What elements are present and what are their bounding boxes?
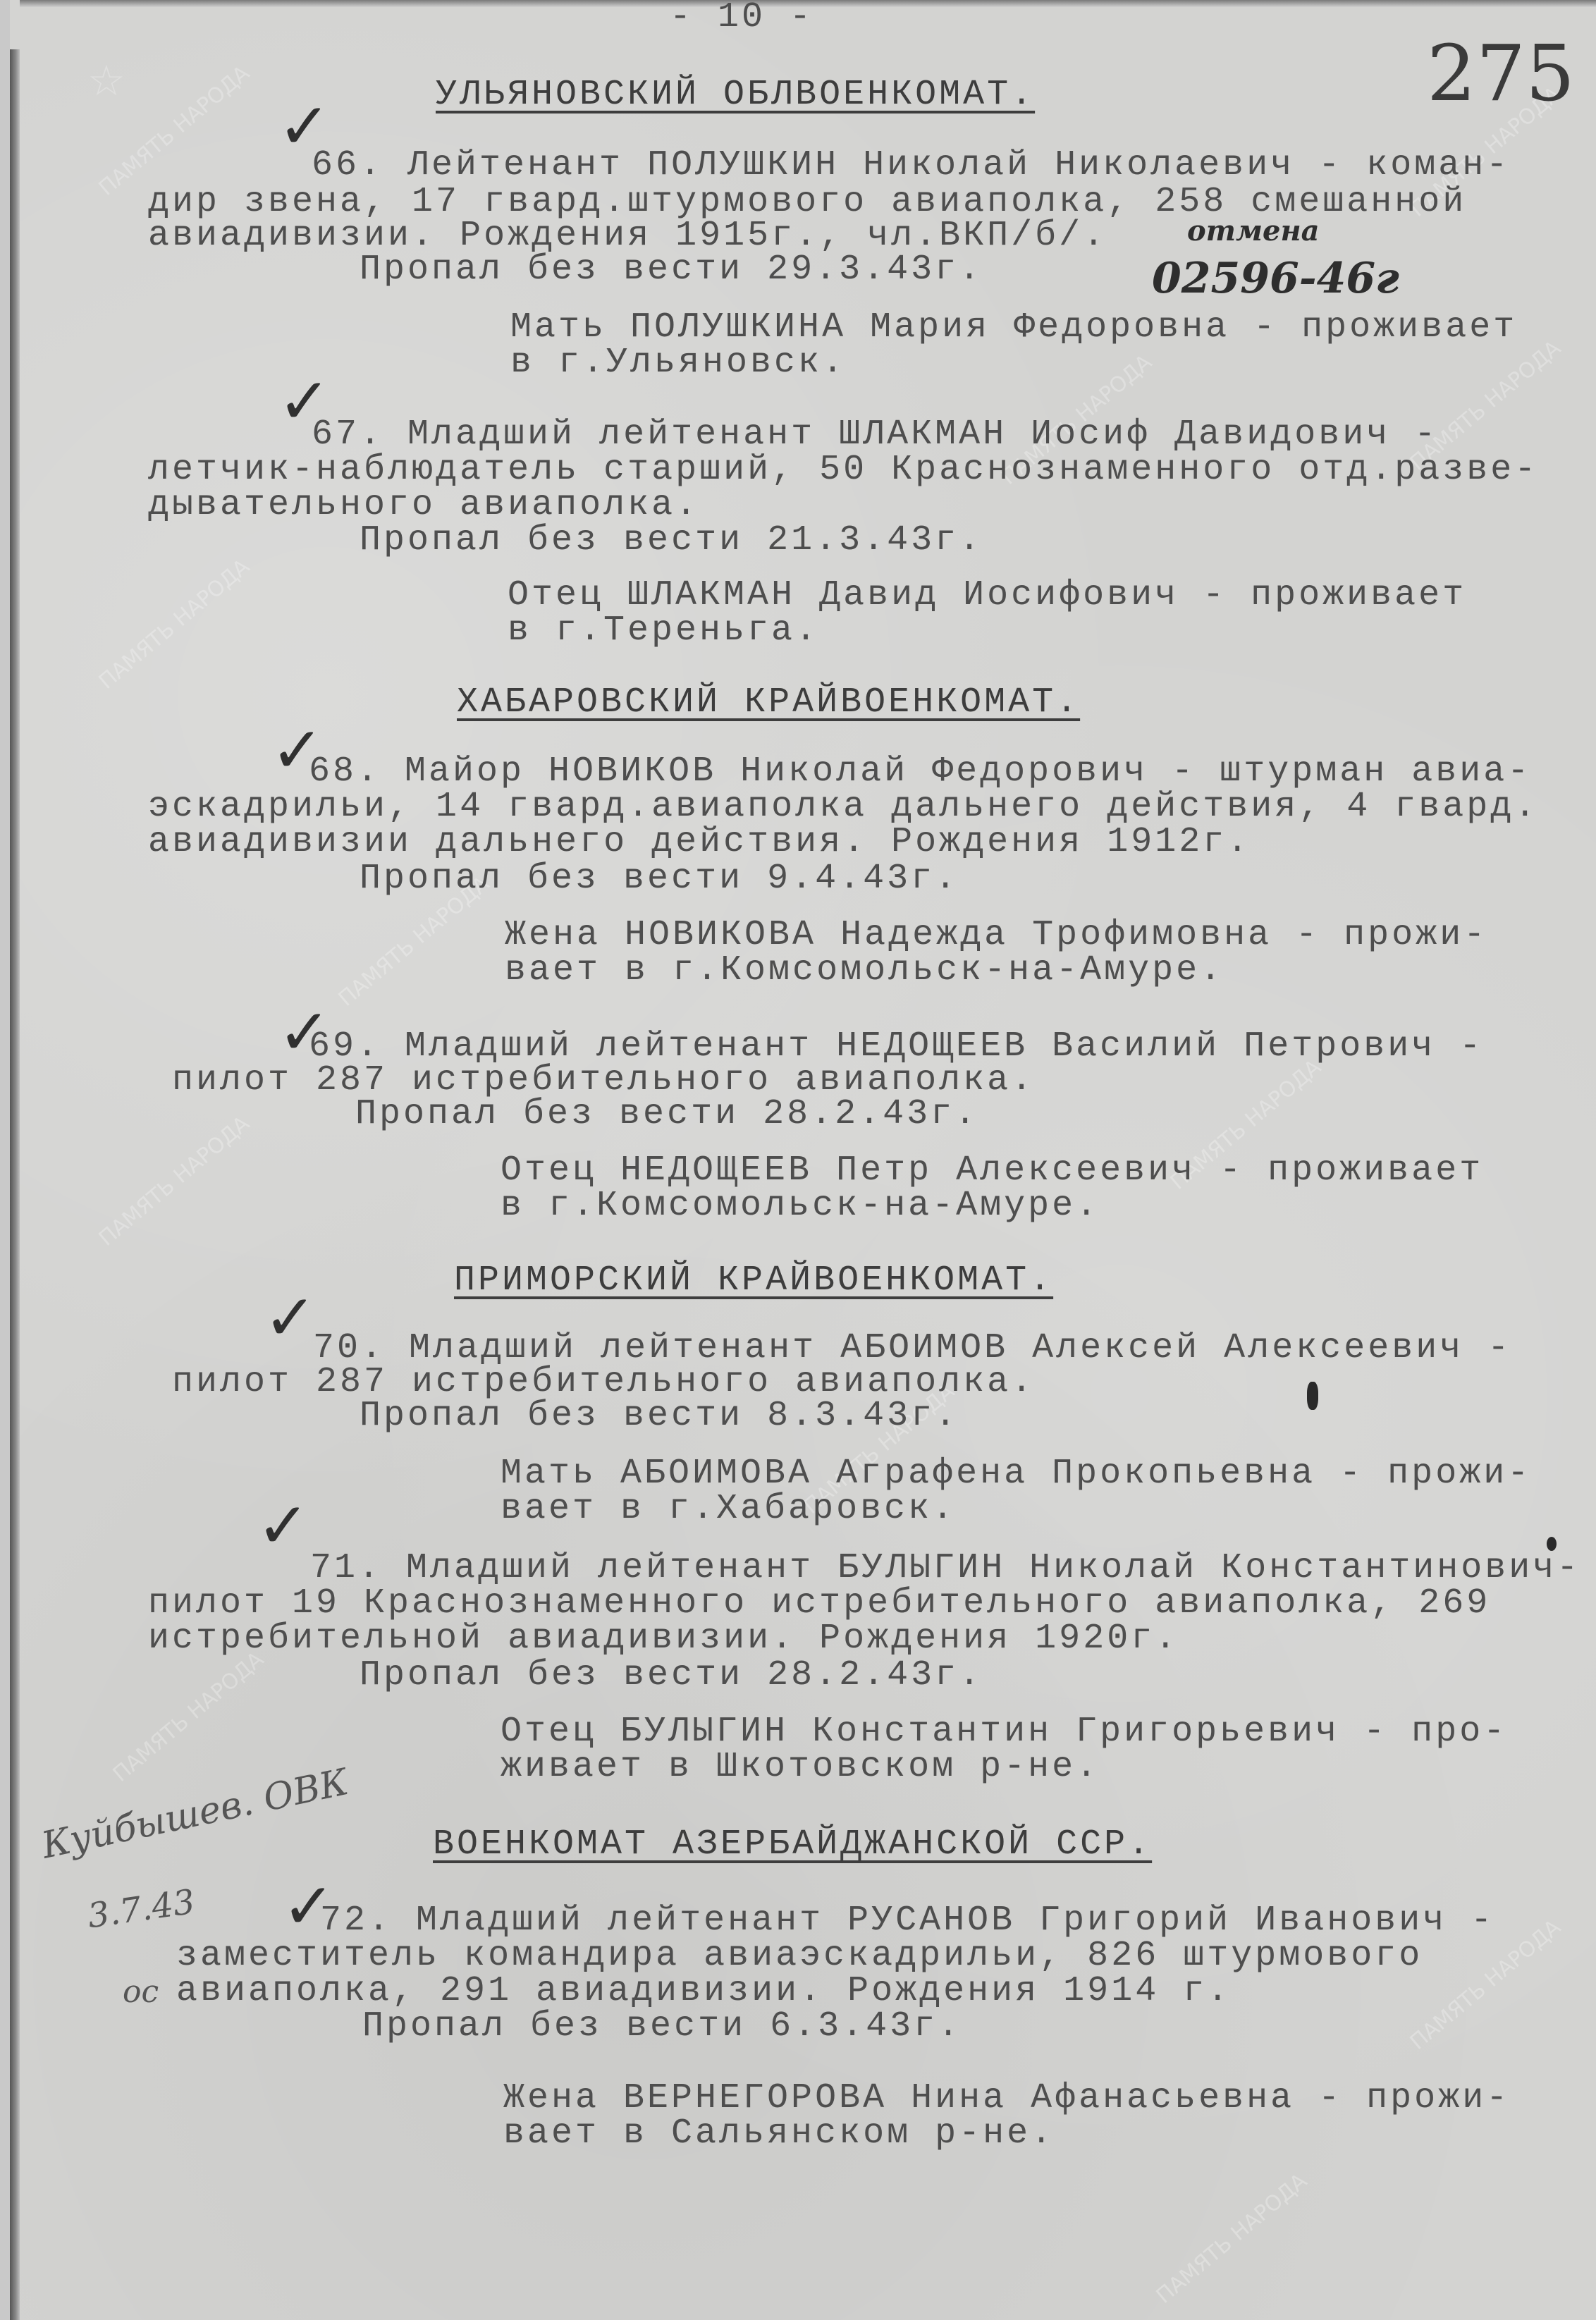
entry-line: заместитель командира авиаэскадрильи, 82… — [176, 1939, 1423, 1974]
section-heading: ХАБАРОВСКИЙ КРАЙВОЕНКОМАТ. — [457, 685, 1080, 720]
relative-line: Отец ШЛАКМАН Давид Иосифович - проживает — [508, 578, 1466, 613]
relative-line: Отец НЕДОЩЕЕВ Петр Алексеевич - проживае… — [501, 1153, 1483, 1189]
check-mark-icon: ✓ — [257, 1495, 309, 1558]
document-page: ☆ ПАМЯТЬ НАРОДА ПАМЯТЬ НАРОДА ПАМЯТЬ НАР… — [10, 0, 1596, 2320]
entry-line: 66. Лейтенант ПОЛУШКИН Николай Николаеви… — [312, 148, 1510, 183]
entry-line: 68. Майор НОВИКОВ Николай Федорович - шт… — [309, 754, 1531, 790]
folio-number: 275 — [1427, 28, 1575, 118]
page-binding-edge — [10, 49, 20, 2320]
page-number: - 10 - — [670, 0, 814, 35]
missing-date: Пропал без вести 28.2.43г. — [355, 1097, 978, 1132]
relative-line: в г.Ульяновск. — [510, 345, 846, 381]
entry-line: пилот 287 истребительного авиаполка. — [172, 1063, 1035, 1098]
ink-blot — [1307, 1382, 1318, 1410]
relative-line: Жена НОВИКОВА Надежда Трофимовна - прожи… — [505, 918, 1487, 953]
missing-date: Пропал без вести 29.3.43г. — [360, 252, 983, 288]
entry-line: летчик-наблюдатель старший, 50 Краснозна… — [148, 453, 1538, 488]
entry-line: авиаполка, 291 авиадивизии. Рождения 191… — [176, 1974, 1231, 2009]
missing-date: Пропал без вести 6.3.43г. — [362, 2009, 962, 2044]
watermark: ПАМЯТЬ НАРОДА — [1153, 2170, 1311, 2308]
watermark: ПАМЯТЬ НАРОДА — [109, 1648, 268, 1786]
entry-line: дывательного авиаполка. — [148, 488, 699, 523]
handwritten-note: отмена — [1187, 214, 1320, 247]
relative-line: в г.Тереньга. — [508, 613, 819, 649]
entry-line: авиадивизии. Рождения 1915г., чл.ВКП/б/. — [148, 219, 1107, 254]
relative-line: живает в Шкотовском р-не. — [501, 1750, 1100, 1785]
watermark: ПАМЯТЬ НАРОДА — [95, 556, 254, 694]
entry-line: пилот 19 Краснознаменного истребительног… — [148, 1586, 1490, 1621]
relative-line: вает в г.Комсомольск-на-Амуре. — [505, 953, 1224, 988]
section-heading: ВОЕНКОМАТ АЗЕРБАЙДЖАНСКОЙ ССР. — [433, 1827, 1152, 1862]
relative-line: Мать ПОЛУШКИНА Мария Федоровна - прожива… — [510, 310, 1517, 345]
relative-line: Мать АБОИМОВА Аграфена Прокопьевна - про… — [501, 1456, 1531, 1492]
relative-line: Жена ВЕРНЕГОРОВА Нина Афанасьевна - прож… — [503, 2081, 1510, 2116]
entry-line: авиадивизии дальнего действия. Рождения … — [148, 825, 1251, 860]
entry-line: эскадрильи, 14 гвард.авиаполка дальнего … — [148, 790, 1538, 825]
entry-line: 69. Младший лейтенант НЕДОЩЕЕВ Василий П… — [309, 1029, 1483, 1064]
entry-line: 70. Младший лейтенант АБОИМОВ Алексей Ал… — [313, 1331, 1511, 1366]
relative-line: Отец БУЛЫГИН Константин Григорьевич - пр… — [501, 1714, 1507, 1750]
relative-line: в г.Комсомольск-на-Амуре. — [501, 1189, 1100, 1224]
handwritten-number: 02596-46г — [1152, 254, 1399, 303]
section-heading: УЛЬЯНОВСКИЙ ОБЛВОЕНКОМАТ. — [436, 78, 1035, 113]
entry-line: 72. Младший лейтенант РУСАНОВ Григорий И… — [320, 1903, 1494, 1939]
check-mark-icon: ✓ — [264, 1287, 317, 1350]
missing-date: Пропал без вести 21.3.43г. — [360, 523, 983, 558]
watermark: ПАМЯТЬ НАРОДА — [95, 1112, 254, 1251]
missing-date: Пропал без вести 28.2.43г. — [360, 1658, 983, 1693]
handwritten-margin-note: Куйбышев. ОВК — [38, 1761, 352, 1867]
missing-date: Пропал без вести 9.4.43г. — [360, 861, 959, 897]
entry-line: пилот 287 истребительного авиаполка. — [172, 1365, 1035, 1400]
ink-blot — [1547, 1537, 1557, 1551]
entry-line: истребительной авиадивизии. Рождения 192… — [148, 1621, 1179, 1657]
entry-line: 71. Младший лейтенант БУЛЫГИН Николай Ко… — [310, 1551, 1580, 1586]
handwritten-margin-date: 3.7.43 — [85, 1882, 197, 1937]
handwritten-margin-mark: ос — [123, 1974, 159, 2010]
relative-line: вает в Сальянском р-не. — [503, 2116, 1055, 2152]
missing-date: Пропал без вести 8.3.43г. — [360, 1399, 959, 1434]
relative-line: вает в г.Хабаровск. — [501, 1492, 956, 1527]
section-heading: ПРИМОРСКИЙ КРАЙВОЕНКОМАТ. — [454, 1263, 1053, 1299]
watermark-star-icon: ☆ — [87, 56, 125, 106]
entry-line: 67. Младший лейтенант ШЛАКМАН Иосиф Дави… — [312, 417, 1438, 453]
